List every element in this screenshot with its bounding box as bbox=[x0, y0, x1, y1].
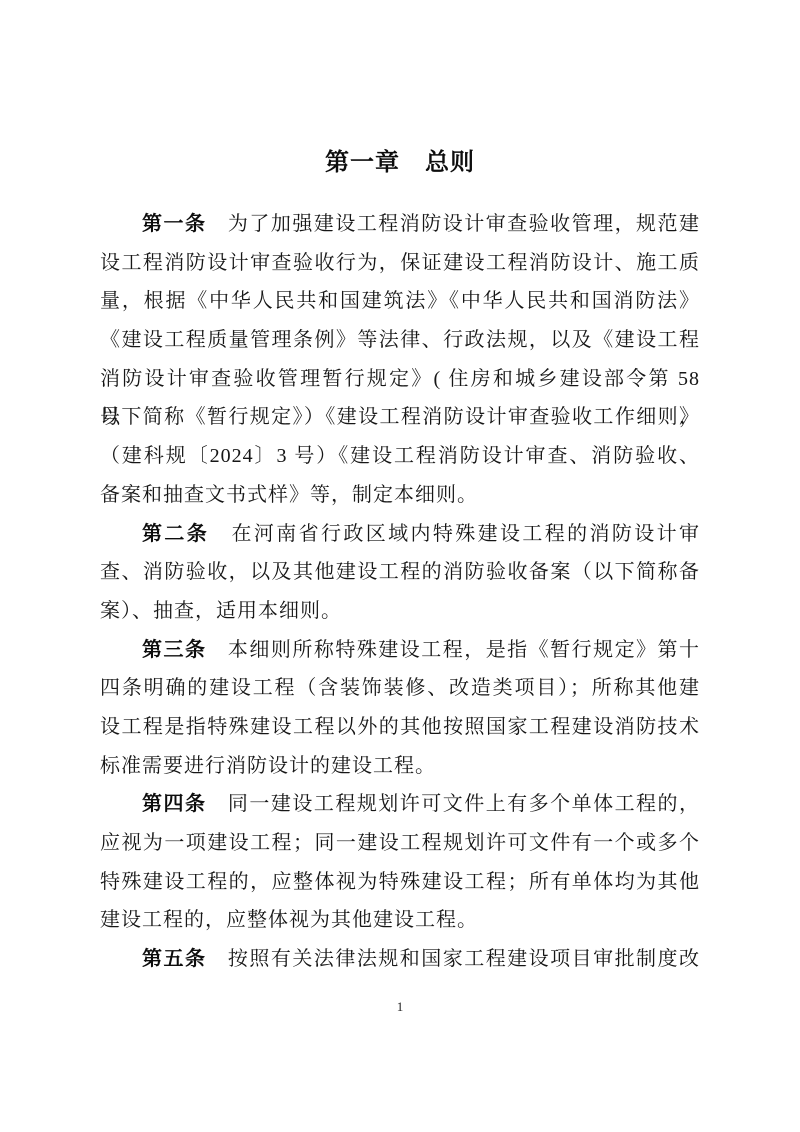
text-line: 备案和抽查文书式样》等，制定本细则。 bbox=[100, 476, 700, 515]
text-line: 特殊建设工程的，应整体视为特殊建设工程；所有单体均为其他 bbox=[100, 863, 700, 902]
text-line: 第三条 本细则所称特殊建设工程，是指《暂行规定》第十 bbox=[100, 631, 700, 670]
text-line: 案）、抽查，适用本细则。 bbox=[100, 592, 700, 631]
document-body: 第一条 为了加强建设工程消防设计审查验收管理，规范建设工程消防设计审查验收行为，… bbox=[100, 205, 700, 979]
text-line: 四条明确的建设工程（含装饰装修、改造类项目）；所称其他建 bbox=[100, 669, 700, 708]
document-page: 第一章 总则 第一条 为了加强建设工程消防设计审查验收管理，规范建设工程消防设计… bbox=[0, 0, 800, 1132]
text-line: 第二条 在河南省行政区域内特殊建设工程的消防设计审 bbox=[100, 515, 700, 554]
text-line: 以下简称《暂行规定》）《建设工程消防设计审查验收工作细则》 bbox=[100, 398, 700, 437]
text-line: 查、消防验收，以及其他建设工程的消防验收备案（以下简称备 bbox=[100, 553, 700, 592]
text-line: 建设工程的，应整体视为其他建设工程。 bbox=[100, 901, 700, 940]
text-line: 应视为一项建设工程；同一建设工程规划许可文件有一个或多个 bbox=[100, 824, 700, 863]
article-number-label: 第四条 bbox=[142, 793, 206, 815]
article-number-label: 第五条 bbox=[142, 948, 206, 970]
text-line: 标准需要进行消防设计的建设工程。 bbox=[100, 747, 700, 786]
text-line: 消防设计审查验收管理暂行规定》( 住房和城乡建设部令第 58 号， bbox=[100, 360, 700, 399]
text-line: 第一条 为了加强建设工程消防设计审查验收管理，规范建 bbox=[100, 205, 700, 244]
text-line: 第五条 按照有关法律法规和国家工程建设项目审批制度改 bbox=[100, 940, 700, 979]
article-number-label: 第二条 bbox=[142, 523, 209, 545]
text-line: 设工程消防设计审查验收行为，保证建设工程消防设计、施工质 bbox=[100, 244, 700, 283]
article-number-label: 第三条 bbox=[142, 639, 206, 661]
text-line: （建科规〔2024〕3 号）《建设工程消防设计审查、消防验收、 bbox=[100, 437, 700, 476]
paragraph-article: 第一条 为了加强建设工程消防设计审查验收管理，规范建设工程消防设计审查验收行为，… bbox=[100, 205, 700, 515]
paragraph-article: 第三条 本细则所称特殊建设工程，是指《暂行规定》第十四条明确的建设工程（含装饰装… bbox=[100, 631, 700, 786]
article-number-label: 第一条 bbox=[142, 213, 206, 235]
text-line: 《建设工程质量管理条例》等法律、行政法规，以及《建设工程 bbox=[100, 321, 700, 360]
text-line: 第四条 同一建设工程规划许可文件上有多个单体工程的， bbox=[100, 785, 700, 824]
paragraph-article: 第五条 按照有关法律法规和国家工程建设项目审批制度改 bbox=[100, 940, 700, 979]
chapter-title: 第一章 总则 bbox=[0, 147, 800, 177]
paragraph-article: 第四条 同一建设工程规划许可文件上有多个单体工程的，应视为一项建设工程；同一建设… bbox=[100, 785, 700, 940]
text-line: 设工程是指特殊建设工程以外的其他按照国家工程建设消防技术 bbox=[100, 708, 700, 747]
paragraph-article: 第二条 在河南省行政区域内特殊建设工程的消防设计审查、消防验收，以及其他建设工程… bbox=[100, 515, 700, 631]
page-number: 1 bbox=[0, 999, 800, 1015]
text-line: 量，根据《中华人民共和国建筑法》《中华人民共和国消防法》 bbox=[100, 282, 700, 321]
